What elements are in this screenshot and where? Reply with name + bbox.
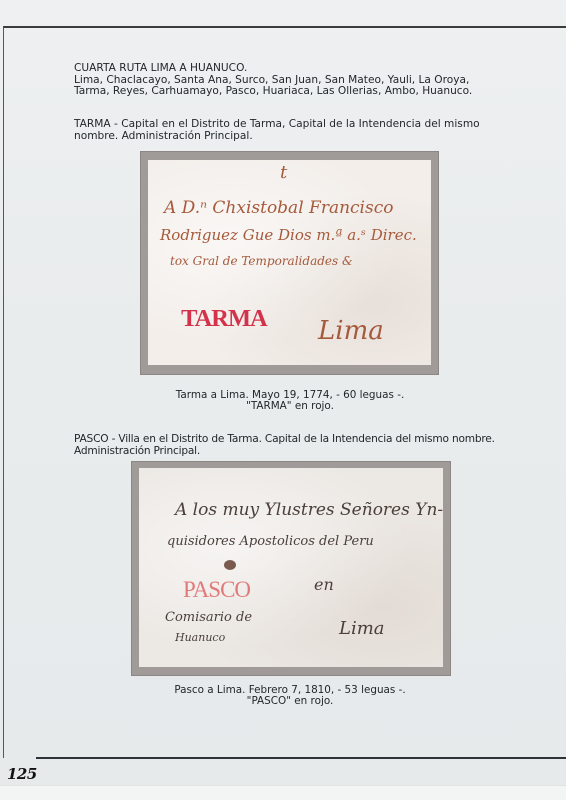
tarma-description-line-1: TARMA - Capital en el Distrito de Tarma,… xyxy=(74,119,514,131)
tarma-caption-line-2: "TARMA" en rojo. xyxy=(130,401,450,412)
pasco-description-line-2: Administración Principal. xyxy=(74,446,514,458)
tarma-letter-address-line-3: tox Gral de Temporalidades & xyxy=(170,254,353,268)
pasco-letter-address-line-3: en xyxy=(314,575,334,594)
tarma-letter-address-line-2: Rodriguez Gue Dios m.ª a.ˢ Direc. xyxy=(160,226,417,244)
page-number: 125 xyxy=(7,765,37,783)
tarma-description: TARMA - Capital en el Distrito de Tarma,… xyxy=(74,119,514,142)
pasco-letter-image: A los muy Ylustres Señores Yn- quisidore… xyxy=(139,468,443,667)
tarma-postmark: TARMA xyxy=(181,306,267,333)
tarma-letter-image: t A D.ⁿ Chxistobal Francisco Rodriguez G… xyxy=(148,160,431,365)
tarma-letter-cross-mark: t xyxy=(280,162,287,183)
pasco-letter-mount: A los muy Ylustres Señores Yn- quisidore… xyxy=(131,461,451,676)
route-title: CUARTA RUTA LIMA A HUANUCO. xyxy=(74,63,514,75)
tarma-letter-address-line-1: A D.ⁿ Chxistobal Francisco xyxy=(164,198,393,218)
tarma-description-line-2: nombre. Administración Principal. xyxy=(74,131,514,143)
route-heading: CUARTA RUTA LIMA A HUANUCO. Lima, Chacla… xyxy=(74,63,514,98)
tarma-letter-destination: Lima xyxy=(318,316,384,346)
pasco-letter-address-line-4: Comisario de xyxy=(165,610,252,625)
pasco-caption: Pasco a Lima. Febrero 7, 1810, - 53 legu… xyxy=(130,685,450,707)
pasco-letter-destination: Lima xyxy=(339,618,385,639)
pasco-postmark: PASCO xyxy=(183,577,250,603)
tarma-letter-mount: t A D.ⁿ Chxistobal Francisco Rodriguez G… xyxy=(140,151,439,375)
tarma-caption: Tarma a Lima. Mayo 19, 1774, - 60 leguas… xyxy=(130,390,450,412)
pasco-caption-line-2: "PASCO" en rojo. xyxy=(130,696,450,707)
page-bottom-band xyxy=(0,785,566,800)
page-frame-left-edge xyxy=(3,740,37,758)
bottom-rule xyxy=(36,757,566,759)
pasco-letter-address-line-1: A los muy Ylustres Señores Yn- xyxy=(175,500,443,520)
route-stops-line-2: Tarma, Reyes, Carhuamayo, Pasco, Huariac… xyxy=(74,86,514,98)
pasco-letter-address-line-5: Huanuco xyxy=(175,631,225,644)
pasco-description: PASCO - Villa en el Distrito de Tarma. C… xyxy=(74,434,514,457)
wax-seal-blot xyxy=(224,560,236,570)
pasco-letter-address-line-2: quisidores Apostolicos del Peru xyxy=(167,534,374,549)
pasco-description-line-1: PASCO - Villa en el Distrito de Tarma. C… xyxy=(74,434,514,446)
